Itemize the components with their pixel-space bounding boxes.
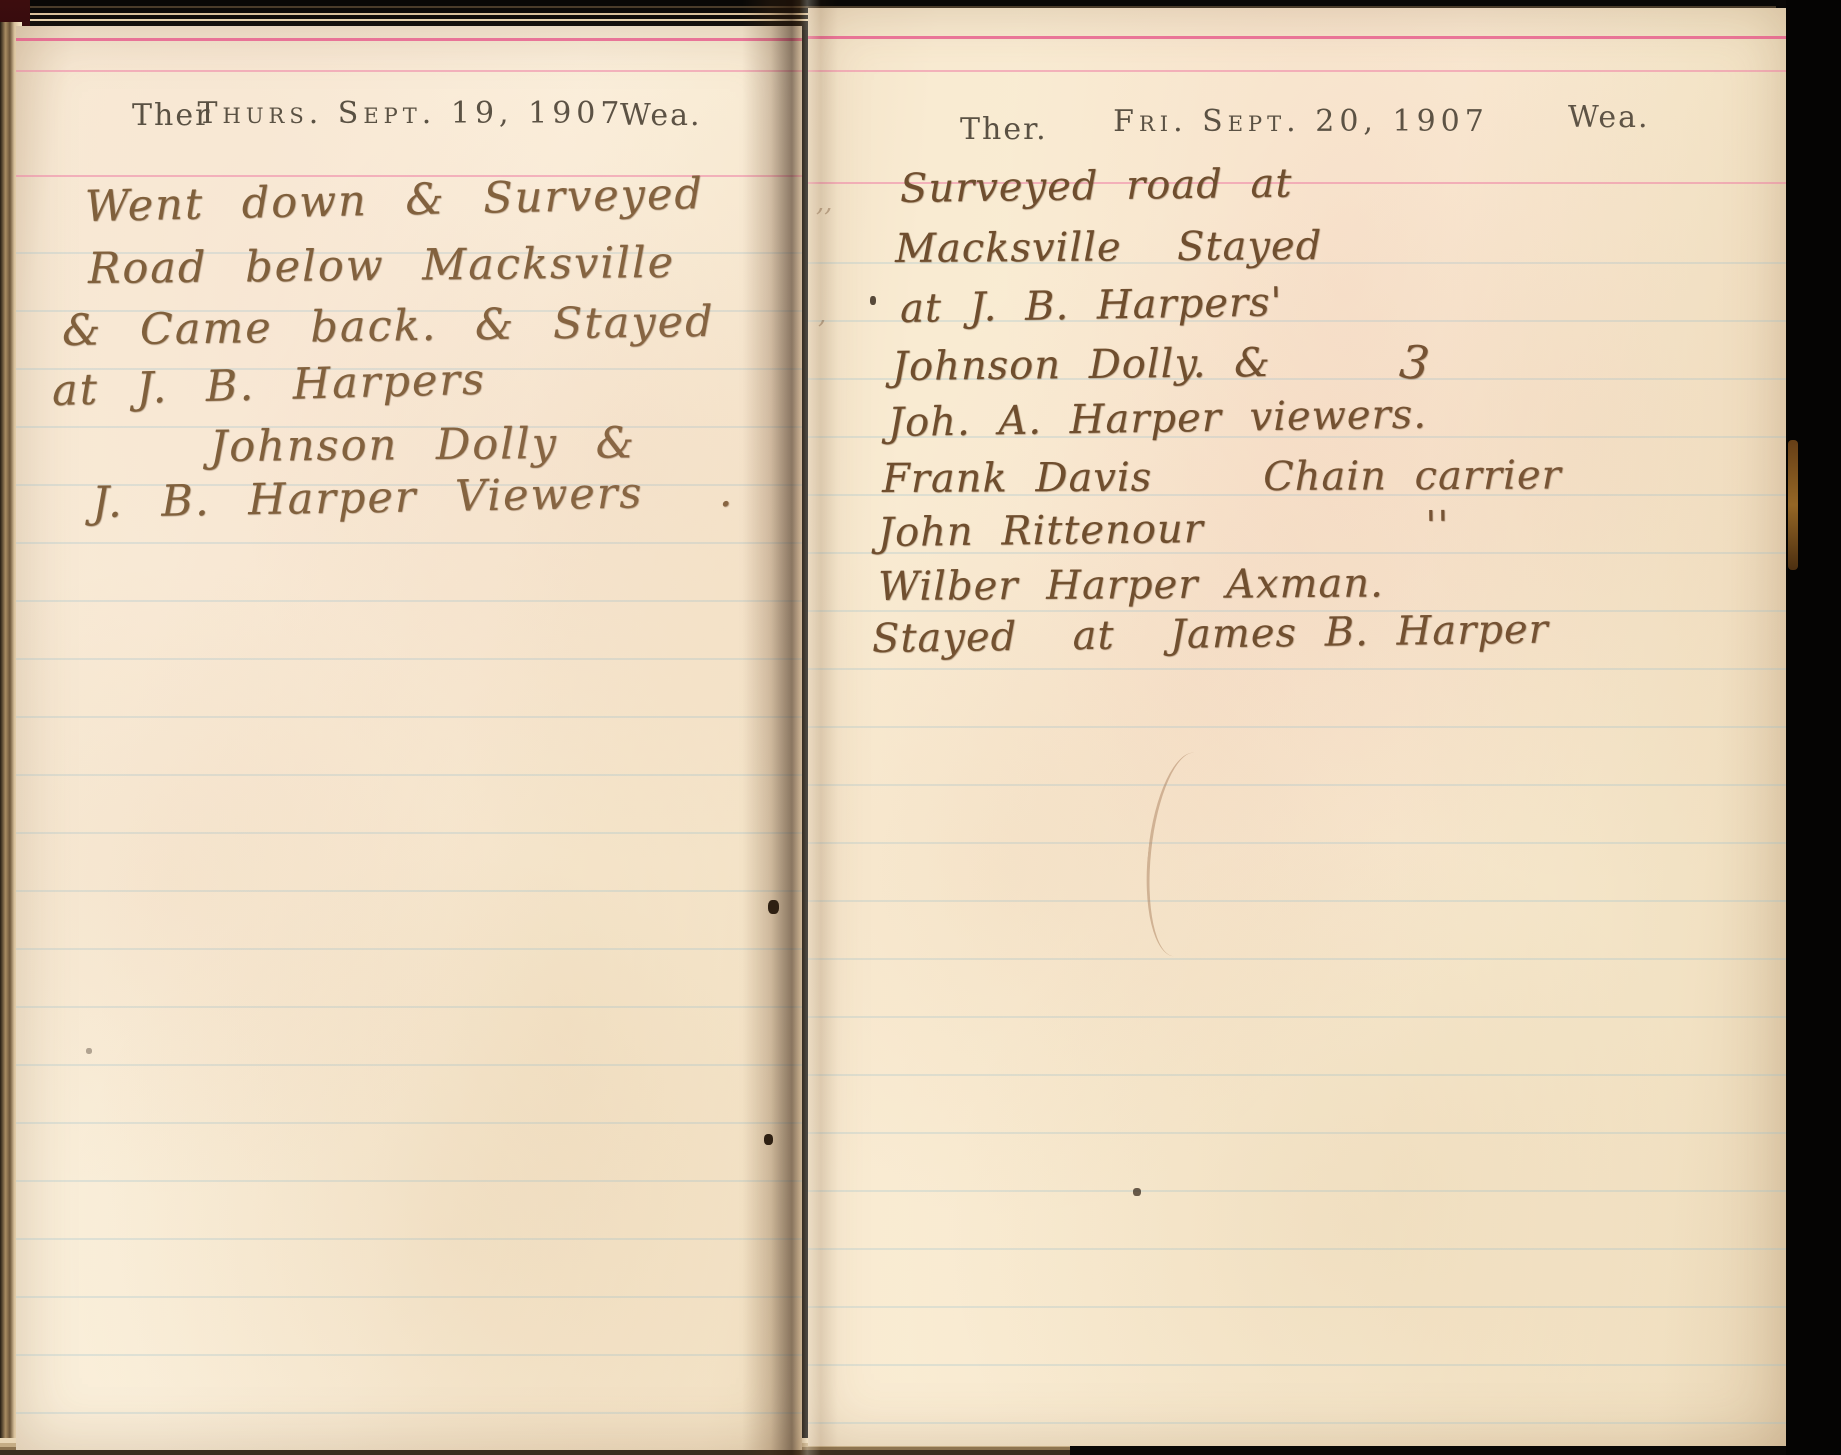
pink-rule-top: [16, 38, 802, 41]
handwriting-line: at J. B. Harpers': [900, 279, 1283, 332]
left-page: Ther Thurs. Sept. 19, 1907 Wea. Went dow…: [16, 26, 802, 1450]
ink-dot: [1133, 1188, 1141, 1196]
wea-label: Wea.: [620, 98, 702, 133]
handwriting-line: Joh. A. Harper viewers.: [888, 392, 1428, 446]
binding-hole: [768, 900, 779, 914]
handwriting-line: Surveyed road at: [900, 161, 1293, 212]
pink-rule-top: [808, 36, 1786, 39]
diary-photo: Ther Thurs. Sept. 19, 1907 Wea. Went dow…: [0, 0, 1841, 1455]
handwriting-line: Johnson Dolly. &: [892, 340, 1271, 390]
ghost-mark: ,,: [816, 188, 833, 218]
ink-flourish: 3: [1397, 334, 1433, 391]
page-date: Thurs. Sept. 19, 1907: [196, 96, 626, 131]
pink-rule-top-2: [16, 70, 802, 72]
handwriting-line: & Came back. & Stayed: [62, 297, 715, 356]
ink-speck: [870, 296, 876, 305]
binding-hole: [764, 1134, 773, 1145]
background-right: [1786, 0, 1841, 1455]
handwriting-line: Road below Macksville: [88, 238, 676, 294]
handwriting-line: John Rittenour '': [878, 503, 1450, 556]
ther-label: Ther.: [960, 112, 1048, 147]
page-edge-streak: [1788, 440, 1798, 570]
paper-blemish: [86, 1048, 92, 1054]
page-date: Fri. Sept. 20, 1907: [1096, 104, 1506, 139]
handwriting-line: Macksville Stayed: [895, 223, 1323, 272]
handwriting-line: J. B. Harper Viewers .: [92, 467, 735, 528]
wea-label: Wea.: [1568, 100, 1650, 135]
ghost-mark: ,: [818, 300, 826, 330]
handwriting-line: Johnson Dolly &: [210, 418, 636, 472]
handwriting-line: Stayed at James B. Harper: [872, 607, 1549, 662]
handwriting-line: Frank Davis Chain carrier: [882, 452, 1562, 502]
handwriting-line: Wilber Harper Axman.: [878, 560, 1384, 610]
pink-rule-top-2: [808, 70, 1786, 72]
handwriting-line: Went down & Surveyed: [84, 169, 704, 232]
right-page: Ther. Fri. Sept. 20, 1907 Wea. Surveyed …: [808, 8, 1786, 1446]
handwriting-line: at J. B. Harpers: [51, 355, 486, 416]
